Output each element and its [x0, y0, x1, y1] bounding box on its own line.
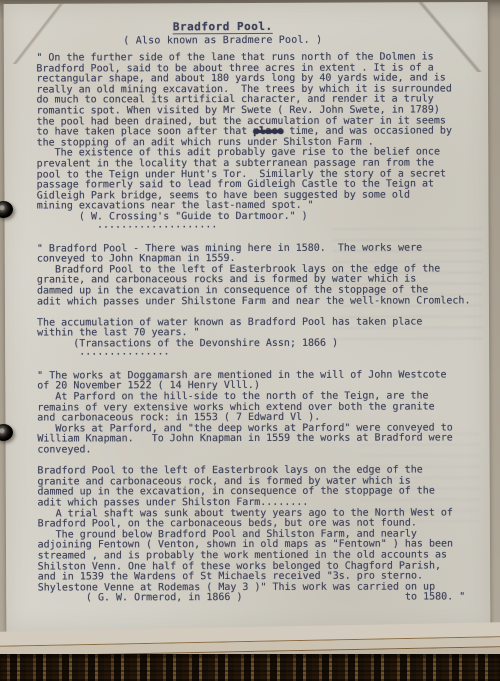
document-text: " On the further side of the lane that r… [36, 52, 479, 604]
struck-word: place [253, 126, 283, 137]
text-line: ( G. W. Ormerod, in 1866 ) to 1580. " [38, 593, 480, 605]
photo-background: Bradford Pool. ( Also known as Bradmere … [0, 0, 500, 681]
page-subtitle: ( Also known as Bradmere Pool. ) [37, 34, 409, 47]
page-title: Bradford Pool. [173, 20, 273, 34]
title-block: Bradford Pool. ( Also known as Bradmere … [37, 14, 409, 47]
document-page: Bradford Pool. ( Also known as Bradmere … [4, 2, 491, 632]
binding-texture [0, 654, 500, 681]
text-line: adit which passes under Shilstone Farm a… [37, 296, 479, 308]
text-line: William Knapman. To John Knapman in 1559… [37, 434, 479, 446]
